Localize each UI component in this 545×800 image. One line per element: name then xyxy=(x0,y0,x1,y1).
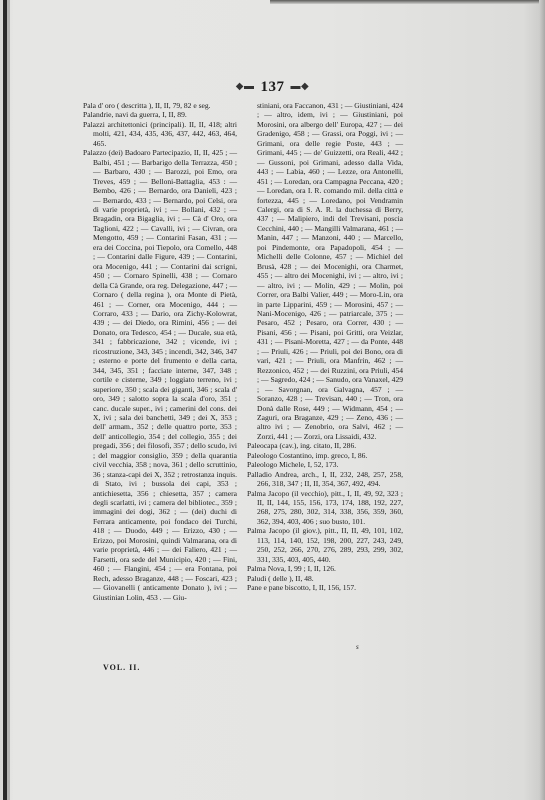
index-entry-palma-giovane: Palma Jacopo (il giov.), pitt., II, II, … xyxy=(247,526,403,564)
index-entry-paleocapa: Paleocapa (cav.), ing. citato, II, 286. xyxy=(247,441,403,450)
index-entry-paludi: Paludi ( delle ), II, 48. xyxy=(247,574,403,583)
ornament-right-icon: ▬◆ xyxy=(291,81,310,92)
index-entry-palandrie: Palandrie, navi da guerra, I, II, 89. xyxy=(83,110,237,119)
index-entry-pala-doro: Pala d' oro ( descritta ), II, II, 79, 8… xyxy=(83,101,237,110)
page-header: ◆▬137▬◆ xyxy=(0,79,545,96)
signature-mark: s xyxy=(356,643,359,651)
index-entry-palazzo: Palazzo (dei) Badoaro Partecipazio, II, … xyxy=(83,148,237,602)
index-entry-paleologo-michele: Paleologo Michele, I, 52, 173. xyxy=(247,460,403,469)
index-entry-palma-vecchio: Palma Jacopo (il vecchio), pitt., I, II,… xyxy=(247,489,403,527)
index-entry-palladio: Palladio Andrea, arch., I, II, 232, 248,… xyxy=(247,470,403,489)
volume-footer: VOL. II. xyxy=(103,663,140,672)
index-entry-palazzo-continued: stiniani, ora Faccanon, 431 ; — Giustini… xyxy=(247,101,403,441)
index-entry-palazzi: Palazzi architettonici (principali). II,… xyxy=(83,120,237,148)
ornament-left-icon: ◆▬ xyxy=(236,81,255,92)
binding-shadow xyxy=(7,0,10,800)
page-right-edge xyxy=(539,0,545,800)
index-column-left: Pala d' oro ( descritta ), II, II, 79, 8… xyxy=(83,101,237,602)
index-entry-pane: Pane e pane biscotto, I, II, 156, 157. xyxy=(247,583,403,592)
page-top-edge xyxy=(270,0,545,4)
index-entry-palma-nova: Palma Nova, I, 99 ; I, II, 126. xyxy=(247,564,403,573)
scanned-page: ◆▬137▬◆ Pala d' oro ( descritta ), II, I… xyxy=(0,0,545,800)
index-column-right: stiniani, ora Faccanon, 431 ; — Giustini… xyxy=(247,101,403,593)
page-number: 137 xyxy=(261,79,285,95)
index-entry-paleologo-costantino: Paleologo Costantino, imp. greco, I, 86. xyxy=(247,451,403,460)
